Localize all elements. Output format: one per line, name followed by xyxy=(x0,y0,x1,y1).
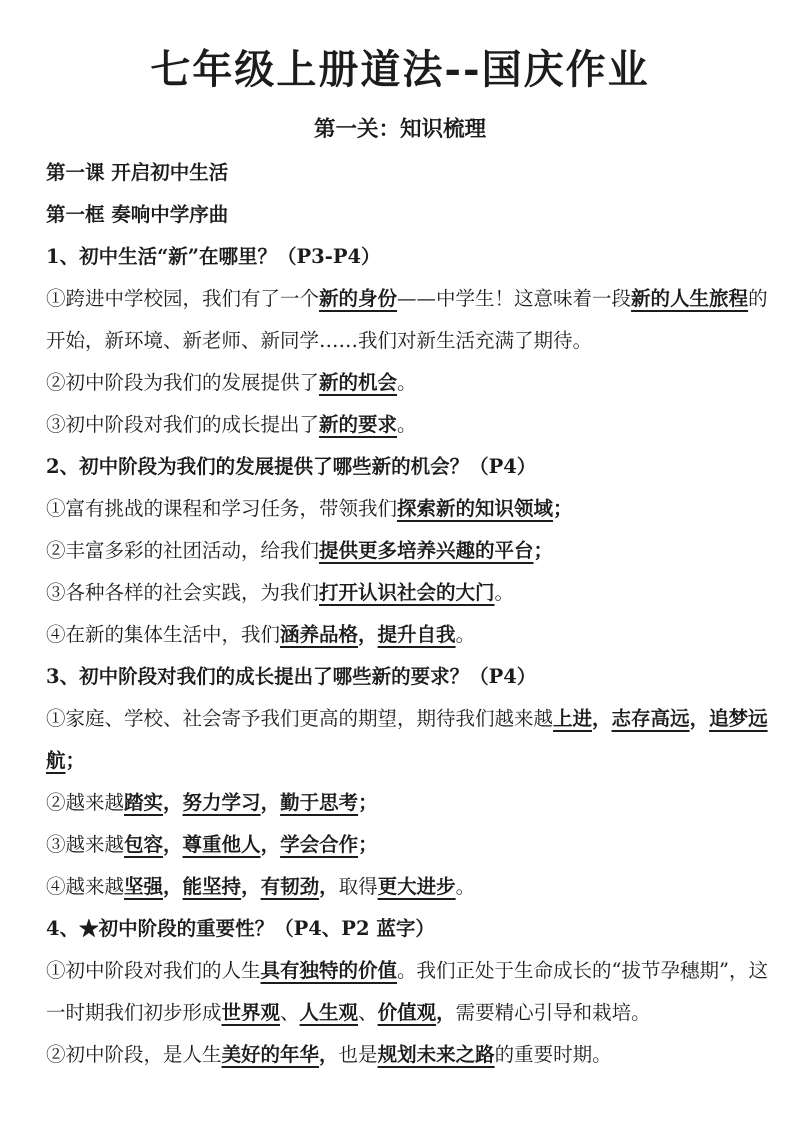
text-run: 打开认识社会的大门 xyxy=(319,581,495,604)
text-run: ③各种各样的社会实践，为我们 xyxy=(46,581,319,604)
text-run: 新的要求 xyxy=(319,413,397,436)
text-line: ②丰富多彩的社团活动，给我们提供更多培养兴趣的平台； xyxy=(46,530,754,572)
question-3: 3、初中阶段对我们的成长提出了哪些新的要求？（P4） xyxy=(46,656,754,698)
answer-3-2: ②越来越踏实，努力学习，勤于思考； xyxy=(46,782,754,824)
text-run: 第一框 奏响中学序曲 xyxy=(46,203,228,226)
text-run: 新的身份 xyxy=(319,287,397,310)
text-line: 3、初中阶段对我们的成长提出了哪些新的要求？（P4） xyxy=(46,656,754,698)
text-run: 1、初中生活“新”在哪里？（P3-P4） xyxy=(46,245,381,268)
text-run: ； xyxy=(358,791,378,814)
text-run: ④越来越 xyxy=(46,875,124,898)
text-run: 、 xyxy=(280,1001,300,1024)
text-run: 取得 xyxy=(339,875,378,898)
text-run: ， xyxy=(358,623,378,646)
text-run: 有韧劲 xyxy=(261,875,320,898)
text-line: ①富有挑战的课程和学习任务，带领我们探索新的知识领域； xyxy=(46,488,754,530)
text-run: 一时期我们初步形成 xyxy=(46,1001,222,1024)
text-line: ③初中阶段对我们的成长提出了新的要求。 xyxy=(46,404,754,446)
text-run: ②丰富多彩的社团活动，给我们 xyxy=(46,539,319,562)
text-line: ①跨进中学校园，我们有了一个新的身份——中学生！这意味着一段新的人生旅程的 xyxy=(46,278,754,320)
text-run: ②初中阶段，是人生 xyxy=(46,1043,222,1066)
text-run: 人生观 xyxy=(300,1001,359,1024)
text-line: ①家庭、学校、社会寄予我们更高的期望，期待我们越来越上进，志存高远，追梦远 xyxy=(46,698,754,740)
text-run: 新的机会 xyxy=(319,371,397,394)
text-run: 能坚持 xyxy=(183,875,242,898)
text-line: 1、初中生活“新”在哪里？（P3-P4） xyxy=(46,236,754,278)
answer-2-2: ②丰富多彩的社团活动，给我们提供更多培养兴趣的平台； xyxy=(46,530,754,572)
text-run: ③初中阶段对我们的成长提出了 xyxy=(46,413,319,436)
text-line: 第一框 奏响中学序曲 xyxy=(46,194,754,236)
text-run: 新的人生旅程 xyxy=(631,287,748,310)
text-run: ， xyxy=(163,875,183,898)
text-line: ④在新的集体生活中，我们涵养品格，提升自我。 xyxy=(46,614,754,656)
text-run: ， xyxy=(592,707,612,730)
text-run: 、 xyxy=(358,1001,378,1024)
question-2: 2、初中阶段为我们的发展提供了哪些新的机会？（P4） xyxy=(46,446,754,488)
answer-3-4: ④越来越坚强，能坚持，有韧劲，取得更大进步。 xyxy=(46,866,754,908)
lesson-heading: 第一课 开启初中生活 xyxy=(46,152,754,194)
text-run: 。 xyxy=(456,623,476,646)
text-run: 。 xyxy=(397,371,417,394)
text-run: 志存高远 xyxy=(612,707,690,730)
text-run: 。 xyxy=(456,875,476,898)
text-line: ②初中阶段为我们的发展提供了新的机会。 xyxy=(46,362,754,404)
text-line: ②初中阶段，是人生美好的年华，也是规划未来之路的重要时期。 xyxy=(46,1034,754,1076)
text-run: 4、★初中阶段的重要性？（P4、P2 蓝字） xyxy=(46,917,435,940)
text-run: ③越来越 xyxy=(46,833,124,856)
text-run: ； xyxy=(358,833,378,856)
text-run: ①家庭、学校、社会寄予我们更高的期望，期待我们越来越 xyxy=(46,707,553,730)
text-run: ②初中阶段为我们的发展提供了 xyxy=(46,371,319,394)
text-line: ①初中阶段对我们的人生具有独特的价值。我们正处于生命成长的“拔节孕穗期”，这 xyxy=(46,950,754,992)
text-line: 一时期我们初步形成世界观、人生观、价值观，需要精心引导和栽培。 xyxy=(46,992,754,1034)
text-line: 2、初中阶段为我们的发展提供了哪些新的机会？（P4） xyxy=(46,446,754,488)
text-line: 开始，新环境、新老师、新同学……我们对新生活充满了期待。 xyxy=(46,320,754,362)
text-run: ②越来越 xyxy=(46,791,124,814)
section-heading: 第一关：知识梳理 xyxy=(46,114,754,146)
text-run: 。 xyxy=(495,581,515,604)
text-run: ， xyxy=(261,833,281,856)
text-line: 第一课 开启初中生活 xyxy=(46,152,754,194)
document-page: 七年级上册道法--国庆作业 第一关：知识梳理 第一课 开启初中生活第一框 奏响中… xyxy=(0,0,793,1122)
text-line: ④越来越坚强，能坚持，有韧劲，取得更大进步。 xyxy=(46,866,754,908)
answer-2-4: ④在新的集体生活中，我们涵养品格，提升自我。 xyxy=(46,614,754,656)
text-run: ④在新的集体生活中，我们 xyxy=(46,623,280,646)
text-run: 更大进步 xyxy=(378,875,456,898)
text-run: 踏实 xyxy=(124,791,163,814)
text-run: 提升自我 xyxy=(378,623,456,646)
answer-2-3: ③各种各样的社会实践，为我们打开认识社会的大门。 xyxy=(46,572,754,614)
answer-1-2: ②初中阶段为我们的发展提供了新的机会。 xyxy=(46,362,754,404)
answer-1-1: ①跨进中学校园，我们有了一个新的身份——中学生！这意味着一段新的人生旅程的开始，… xyxy=(46,278,754,362)
text-run: 学会合作 xyxy=(280,833,358,856)
text-run: 价值观 xyxy=(378,1001,437,1024)
text-run: 上进 xyxy=(553,707,592,730)
question-1: 1、初中生活“新”在哪里？（P3-P4） xyxy=(46,236,754,278)
text-run: 的重要时期。 xyxy=(495,1043,612,1066)
text-run: 探索新的知识领域 xyxy=(397,497,553,520)
answer-3-1: ①家庭、学校、社会寄予我们更高的期望，期待我们越来越上进，志存高远，追梦远航； xyxy=(46,698,754,782)
text-run: ； xyxy=(66,749,86,772)
text-run: ， xyxy=(261,791,281,814)
text-run: ——中学生！这意味着一段 xyxy=(397,287,631,310)
text-run: 美好的年华 xyxy=(222,1043,320,1066)
text-run: 尊重他人 xyxy=(183,833,261,856)
text-line: 4、★初中阶段的重要性？（P4、P2 蓝字） xyxy=(46,908,754,950)
text-run: ， xyxy=(163,833,183,856)
text-run: 第一课 开启初中生活 xyxy=(46,161,228,184)
text-run: ， xyxy=(319,1043,339,1066)
text-run: ①初中阶段对我们的人生 xyxy=(46,959,261,982)
answer-3-3: ③越来越包容，尊重他人，学会合作； xyxy=(46,824,754,866)
question-4: 4、★初中阶段的重要性？（P4、P2 蓝字） xyxy=(46,908,754,950)
text-run: 航 xyxy=(46,749,66,772)
text-run: ， xyxy=(436,1001,456,1024)
text-run: 涵养品格 xyxy=(280,623,358,646)
text-run: ； xyxy=(553,497,573,520)
answer-1-3: ③初中阶段对我们的成长提出了新的要求。 xyxy=(46,404,754,446)
text-run: 3、初中阶段对我们的成长提出了哪些新的要求？（P4） xyxy=(46,665,536,688)
text-run: 坚强 xyxy=(124,875,163,898)
text-run: 的 xyxy=(748,287,768,310)
text-run: 努力学习 xyxy=(183,791,261,814)
text-run: 2、初中阶段为我们的发展提供了哪些新的机会？（P4） xyxy=(46,455,536,478)
text-run: 世界观 xyxy=(222,1001,281,1024)
text-run: ①跨进中学校园，我们有了一个 xyxy=(46,287,319,310)
text-run: ①富有挑战的课程和学习任务，带领我们 xyxy=(46,497,397,520)
text-run: 开始，新环境、新老师、新同学……我们对新生活充满了期待。 xyxy=(46,329,592,352)
text-run: ， xyxy=(241,875,261,898)
frame-heading: 第一框 奏响中学序曲 xyxy=(46,194,754,236)
text-line: ③各种各样的社会实践，为我们打开认识社会的大门。 xyxy=(46,572,754,614)
text-run: 规划未来之路 xyxy=(378,1043,495,1066)
document-body: 第一课 开启初中生活第一框 奏响中学序曲1、初中生活“新”在哪里？（P3-P4）… xyxy=(46,152,754,1076)
text-run: 需要精心引导和栽培。 xyxy=(456,1001,651,1024)
document-title: 七年级上册道法--国庆作业 xyxy=(46,44,754,96)
text-run: 具有独特的价值 xyxy=(261,959,398,982)
answer-2-1: ①富有挑战的课程和学习任务，带领我们探索新的知识领域； xyxy=(46,488,754,530)
text-run: 提供更多培养兴趣的平台 xyxy=(319,539,534,562)
text-run: 也是 xyxy=(339,1043,378,1066)
text-line: 航； xyxy=(46,740,754,782)
text-run: 追梦远 xyxy=(709,707,768,730)
text-run: 包容 xyxy=(124,833,163,856)
text-run: ， xyxy=(319,875,339,898)
text-line: ②越来越踏实，努力学习，勤于思考； xyxy=(46,782,754,824)
answer-4-2: ②初中阶段，是人生美好的年华，也是规划未来之路的重要时期。 xyxy=(46,1034,754,1076)
text-run: ， xyxy=(163,791,183,814)
text-run: 勤于思考 xyxy=(280,791,358,814)
text-run: 。我们正处于生命成长的“拔节孕穗期”，这 xyxy=(397,959,768,982)
text-run: ， xyxy=(690,707,710,730)
text-line: ③越来越包容，尊重他人，学会合作； xyxy=(46,824,754,866)
answer-4-1: ①初中阶段对我们的人生具有独特的价值。我们正处于生命成长的“拔节孕穗期”，这一时… xyxy=(46,950,754,1034)
text-run: 。 xyxy=(397,413,417,436)
text-run: ； xyxy=(534,539,554,562)
